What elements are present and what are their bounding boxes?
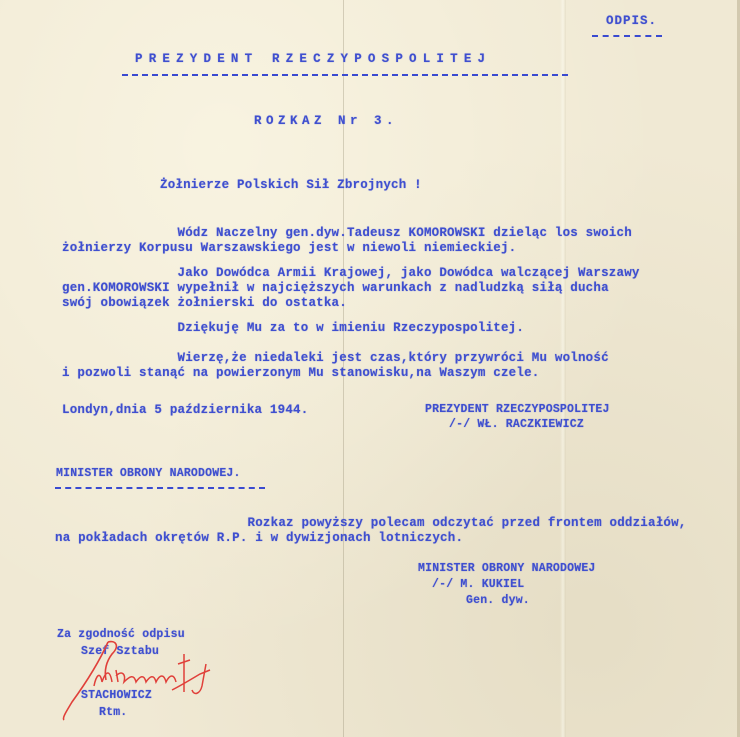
minister-title: MINISTER OBRONY NARODOWEJ bbox=[418, 562, 596, 576]
president-title: PREZYDENT RZECZYPOSPOLITEJ bbox=[425, 403, 610, 417]
minister-paragraph-line-2: na pokładach okrętów R.P. i w dywizjonac… bbox=[55, 531, 463, 545]
president-name: /-/ WŁ. RACZKIEWICZ bbox=[449, 418, 584, 432]
paragraph-1-line-1: Wódz Naczelny gen.dyw.Tadeusz KOMOROWSKI… bbox=[62, 226, 632, 240]
minister-underline bbox=[55, 487, 265, 489]
header-underline bbox=[122, 74, 568, 76]
handwritten-signature bbox=[60, 640, 230, 730]
minister-rank: Gen. dyw. bbox=[466, 594, 530, 608]
paragraph-4-line-1: Wierzę,że niedaleki jest czas,który przy… bbox=[62, 351, 609, 365]
paragraph-3-line-1: Dziękuję Mu za to w imieniu Rzeczypospol… bbox=[62, 321, 524, 335]
copy-underline bbox=[592, 35, 662, 37]
paper-fold-crease-right bbox=[560, 0, 566, 737]
paragraph-4-line-2: i pozwoli stanąć na powierzonym Mu stano… bbox=[62, 366, 539, 380]
place-date: Londyn,dnia 5 października 1944. bbox=[62, 403, 308, 417]
order-title: ROZKAZ Nr 3. bbox=[254, 114, 398, 128]
minister-name: /-/ M. KUKIEL bbox=[432, 578, 524, 592]
minister-paragraph-line-1: Rozkaz powyższy polecam odczytać przed f… bbox=[55, 516, 687, 530]
paragraph-2-line-2: gen.KOMOROWSKI wypełnił w najcięższych w… bbox=[62, 281, 609, 295]
copy-mark: ODPIS. bbox=[606, 14, 657, 28]
salutation: Żołnierze Polskich Sił Zbrojnych ! bbox=[160, 178, 422, 192]
paragraph-2-line-3: swój obowiązek żołnierski do ostatka. bbox=[62, 296, 347, 310]
paragraph-2-line-1: Jako Dowódca Armii Krajowej, jako Dowódc… bbox=[62, 266, 640, 280]
paragraph-1-line-2: żołnierzy Korpusu Warszawskiego jest w n… bbox=[62, 241, 516, 255]
document-header: PREZYDENT RZECZYPOSPOLITEJ bbox=[135, 52, 491, 66]
minister-header: MINISTER OBRONY NARODOWEJ. bbox=[56, 467, 241, 481]
